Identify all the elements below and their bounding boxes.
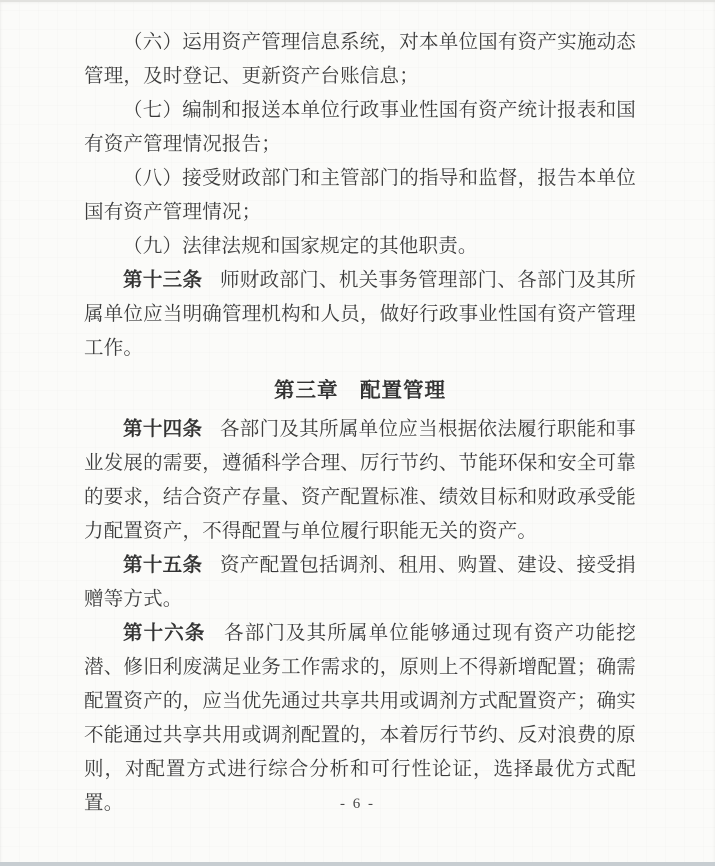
article-number: 第十三条: [123, 270, 202, 291]
paragraph: 第十三条师财政部门、机关事务管理部门、各部门及其所属单位应当明确管理机构和人员，…: [84, 264, 636, 366]
document-page: （六）运用资产管理信息系统，对本单位国有资产实施动态管理，及时登记、更新资产台账…: [0, 0, 715, 866]
article-number: 第十六条: [123, 623, 206, 644]
document-body: （六）运用资产管理信息系统，对本单位国有资产实施动态管理，及时登记、更新资产台账…: [84, 26, 636, 821]
paragraph: 第十四条各部门及其所属单位应当根据依法履行职能和事业发展的需要，遵循科学合理、厉…: [84, 413, 636, 549]
paragraph: 第十六条各部门及其所属单位能够通过现有资产功能挖潜、修旧利废满足业务工作需求的，…: [84, 617, 636, 821]
chapter-heading: 第三章 配置管理: [84, 374, 636, 408]
paragraph: （八）接受财政部门和主管部门的指导和监督，报告本单位国有资产管理情况；: [84, 162, 636, 230]
article-number: 第十五条: [123, 555, 202, 576]
paragraph: 第十五条资产配置包括调剂、租用、购置、建设、接受捐赠等方式。: [84, 549, 636, 617]
page-number: - 6 -: [0, 796, 715, 813]
article-number: 第十四条: [123, 419, 202, 440]
paragraph: （六）运用资产管理信息系统，对本单位国有资产实施动态管理，及时登记、更新资产台账…: [84, 26, 636, 94]
paragraph: （九）法律法规和国家规定的其他职责。: [84, 230, 636, 264]
paragraph: （七）编制和报送本单位行政事业性国有资产统计报表和国有资产管理情况报告；: [84, 94, 636, 162]
